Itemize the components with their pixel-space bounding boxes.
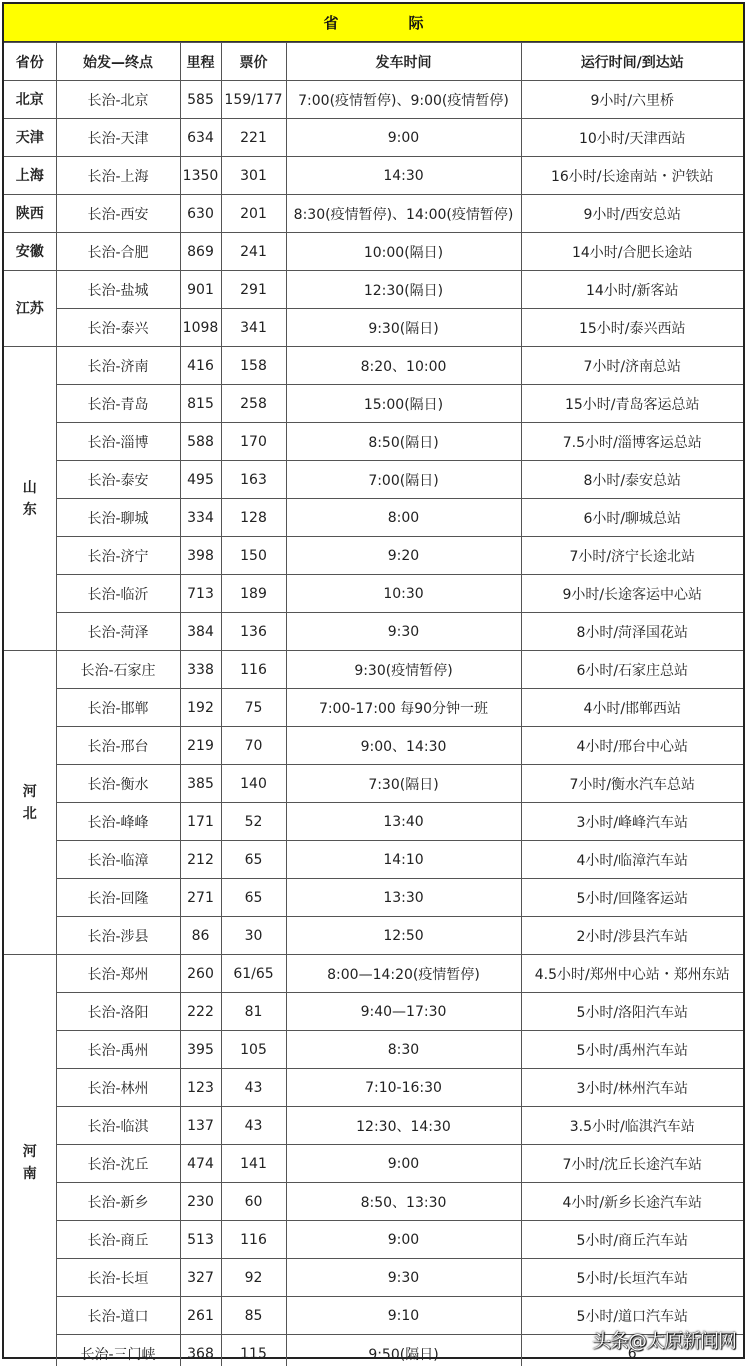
route-cell: 长治-青岛 [56,385,180,423]
table-row: 长治-淄博5881708:50(隔日)7.5小时/淄博客运总站 [4,423,743,461]
fare-cell: 75 [221,689,286,727]
duration-station-cell: 5小时/回隆客运站 [521,879,743,917]
distance-cell: 901 [180,271,221,309]
route-cell: 长治-临漳 [56,841,180,879]
header-duration-station: 运行时间/到达站 [521,43,743,81]
header-row: 省份 始发—终点 里程 票价 发车时间 运行时间/到达站 [4,43,743,81]
fare-cell: 291 [221,271,286,309]
fare-cell: 159/177 [221,81,286,119]
route-cell: 长治-合肥 [56,233,180,271]
header-route: 始发—终点 [56,43,180,81]
departure-cell: 8:50(隔日) [286,423,521,461]
fare-cell: 158 [221,347,286,385]
duration-station-cell: 5小时/洛阳汽车站 [521,993,743,1031]
route-cell: 长治-道口 [56,1297,180,1335]
distance-cell: 212 [180,841,221,879]
distance-cell: 495 [180,461,221,499]
duration-station-cell: 6小时/聊城总站 [521,499,743,537]
route-cell: 长治-济南 [56,347,180,385]
table-row: 长治-聊城3341288:006小时/聊城总站 [4,499,743,537]
distance-cell: 513 [180,1221,221,1259]
fare-cell: 61/65 [221,955,286,993]
table-row: 天津长治-天津6342219:0010小时/天津西站 [4,119,743,157]
title-right: 际 [409,12,424,33]
fare-cell: 65 [221,841,286,879]
distance-cell: 1098 [180,309,221,347]
fare-cell: 116 [221,1221,286,1259]
duration-station-cell: 4.5小时/郑州中心站・郑州东站 [521,955,743,993]
departure-cell: 9:00 [286,1221,521,1259]
fare-cell: 341 [221,309,286,347]
table-row: 长治-衡水3851407:30(隔日)7小时/衡水汽车总站 [4,765,743,803]
route-cell: 长治-洛阳 [56,993,180,1031]
route-cell: 长治-邯郸 [56,689,180,727]
duration-station-cell: 7小时/衡水汽车总站 [521,765,743,803]
distance-cell: 416 [180,347,221,385]
table-row: 长治-商丘5131169:005小时/商丘汽车站 [4,1221,743,1259]
departure-cell: 10:00(隔日) [286,233,521,271]
departure-cell: 9:30(隔日) [286,309,521,347]
route-cell: 长治-三门峡 [56,1335,180,1366]
duration-station-cell: 9小时/西安总站 [521,195,743,233]
departure-cell: 14:10 [286,841,521,879]
departure-cell: 8:00 [286,499,521,537]
table-row: 河南长治-郑州26061/658:00—14:20(疫情暂停)4.5小时/郑州中… [4,955,743,993]
duration-station-cell: 4小时/临漳汽车站 [521,841,743,879]
route-cell: 长治-泰兴 [56,309,180,347]
table-row: 长治-涉县863012:502小时/涉县汽车站 [4,917,743,955]
departure-cell: 13:40 [286,803,521,841]
duration-station-cell: 3小时/峰峰汽车站 [521,803,743,841]
departure-cell: 7:00-17:00 每90分钟一班 [286,689,521,727]
departure-cell: 9:30 [286,613,521,651]
departure-cell: 14:30 [286,157,521,195]
route-cell: 长治-新乡 [56,1183,180,1221]
duration-station-cell: 3.5小时/临淇汽车站 [521,1107,743,1145]
duration-station-cell: 6小时/石家庄总站 [521,651,743,689]
distance-cell: 385 [180,765,221,803]
province-cell: 北京 [4,81,56,119]
fare-cell: 301 [221,157,286,195]
departure-cell: 9:40—17:30 [286,993,521,1031]
fare-cell: 43 [221,1107,286,1145]
header-departure: 发车时间 [286,43,521,81]
distance-cell: 86 [180,917,221,955]
province-cell: 陕西 [4,195,56,233]
departure-cell: 7:10-16:30 [286,1069,521,1107]
route-cell: 长治-天津 [56,119,180,157]
route-cell: 长治-商丘 [56,1221,180,1259]
duration-station-cell: 2小时/涉县汽车站 [521,917,743,955]
province-cell: 河南 [4,955,56,1366]
route-cell: 长治-淄博 [56,423,180,461]
table-row: 长治-邯郸192757:00-17:00 每90分钟一班4小时/邯郸西站 [4,689,743,727]
duration-station-cell: 9小时/六里桥 [521,81,743,119]
route-cell: 长治-临沂 [56,575,180,613]
route-cell: 长治-涉县 [56,917,180,955]
duration-station-cell: 7小时/济南总站 [521,347,743,385]
distance-cell: 634 [180,119,221,157]
distance-cell: 384 [180,613,221,651]
fare-cell: 81 [221,993,286,1031]
table-row: 长治-泰兴10983419:30(隔日)15小时/泰兴西站 [4,309,743,347]
province-cell: 河北 [4,651,56,955]
table-row: 长治-回隆2716513:305小时/回隆客运站 [4,879,743,917]
distance-cell: 230 [180,1183,221,1221]
table-row: 陕西长治-西安6302018:30(疫情暂停)、14:00(疫情暂停)9小时/西… [4,195,743,233]
distance-cell: 368 [180,1335,221,1366]
table-row: 长治-沈丘4741419:007小时/沈丘长途汽车站 [4,1145,743,1183]
fare-cell: 136 [221,613,286,651]
distance-cell: 815 [180,385,221,423]
duration-station-cell: 7小时/济宁长途北站 [521,537,743,575]
fare-cell: 221 [221,119,286,157]
route-cell: 长治-衡水 [56,765,180,803]
fare-cell: 163 [221,461,286,499]
route-cell: 长治-聊城 [56,499,180,537]
fare-cell: 85 [221,1297,286,1335]
fare-cell: 170 [221,423,286,461]
duration-station-cell: 8小时/泰安总站 [521,461,743,499]
distance-cell: 222 [180,993,221,1031]
duration-station-cell: 14小时/合肥长途站 [521,233,743,271]
distance-cell: 219 [180,727,221,765]
fare-cell: 52 [221,803,286,841]
departure-cell: 7:00(隔日) [286,461,521,499]
header-distance: 里程 [180,43,221,81]
duration-station-cell: 7小时/沈丘长途汽车站 [521,1145,743,1183]
distance-cell: 1350 [180,157,221,195]
table-row: 山东长治-济南4161588:20、10:007小时/济南总站 [4,347,743,385]
distance-cell: 137 [180,1107,221,1145]
distance-cell: 398 [180,537,221,575]
departure-cell: 10:30 [286,575,521,613]
duration-station-cell: 4小时/新乡长途汽车站 [521,1183,743,1221]
table-row: 长治-峰峰1715213:403小时/峰峰汽车站 [4,803,743,841]
duration-station-cell: 3小时/林州汽车站 [521,1069,743,1107]
table-row: 北京长治-北京585159/1777:00(疫情暂停)、9:00(疫情暂停)9小… [4,81,743,119]
distance-cell: 869 [180,233,221,271]
departure-cell: 9:30 [286,1259,521,1297]
duration-station-cell: 5小时/商丘汽车站 [521,1221,743,1259]
route-cell: 长治-盐城 [56,271,180,309]
table-row: 长治-菏泽3841369:308小时/菏泽国花站 [4,613,743,651]
departure-cell: 8:20、10:00 [286,347,521,385]
table-row: 安徽长治-合肥86924110:00(隔日)14小时/合肥长途站 [4,233,743,271]
route-cell: 长治-沈丘 [56,1145,180,1183]
route-cell: 长治-临淇 [56,1107,180,1145]
departure-cell: 8:30(疫情暂停)、14:00(疫情暂停) [286,195,521,233]
departure-cell: 9:50(隔日) [286,1335,521,1366]
departure-cell: 9:00 [286,1145,521,1183]
fare-cell: 92 [221,1259,286,1297]
fare-cell: 141 [221,1145,286,1183]
distance-cell: 585 [180,81,221,119]
distance-cell: 260 [180,955,221,993]
distance-cell: 395 [180,1031,221,1069]
fare-cell: 30 [221,917,286,955]
route-cell: 长治-西安 [56,195,180,233]
table-body: 北京长治-北京585159/1777:00(疫情暂停)、9:00(疫情暂停)9小… [4,81,743,1366]
table-row: 长治-泰安4951637:00(隔日)8小时/泰安总站 [4,461,743,499]
table-row: 长治-林州123437:10-16:303小时/林州汽车站 [4,1069,743,1107]
duration-station-cell: 4小时/邯郸西站 [521,689,743,727]
fare-cell: 241 [221,233,286,271]
departure-cell: 9:20 [286,537,521,575]
route-cell: 长治-郑州 [56,955,180,993]
duration-station-cell: 10小时/天津西站 [521,119,743,157]
table-row: 长治-临淇1374312:30、14:303.5小时/临淇汽车站 [4,1107,743,1145]
table-row: 长治-青岛81525815:00(隔日)15小时/青岛客运总站 [4,385,743,423]
distance-cell: 338 [180,651,221,689]
departure-cell: 15:00(隔日) [286,385,521,423]
schedule-frame: 省 际 省份 始发—终点 里程 票价 发车时间 运行时间/到达站 北京长治-北京… [2,2,745,1359]
title-left: 省 [323,12,338,33]
fare-cell: 258 [221,385,286,423]
departure-cell: 8:30 [286,1031,521,1069]
duration-station-cell: 16小时/长途南站・沪铁站 [521,157,743,195]
distance-cell: 192 [180,689,221,727]
departure-cell: 8:50、13:30 [286,1183,521,1221]
duration-station-cell: 15小时/泰兴西站 [521,309,743,347]
distance-cell: 588 [180,423,221,461]
duration-station-cell: 4小时/邢台中心站 [521,727,743,765]
duration-station-cell: 9小时/长途客运中心站 [521,575,743,613]
departure-cell: 7:30(隔日) [286,765,521,803]
table-title: 省 际 [4,4,743,42]
table-row: 长治-济宁3981509:207小时/济宁长途北站 [4,537,743,575]
province-cell: 上海 [4,157,56,195]
fare-cell: 201 [221,195,286,233]
fare-cell: 115 [221,1335,286,1366]
duration-station-cell: 8小时/菏泽国花站 [521,613,743,651]
fare-cell: 189 [221,575,286,613]
distance-cell: 271 [180,879,221,917]
duration-station-cell: 5小时/长垣汽车站 [521,1259,743,1297]
departure-cell: 9:30(疫情暂停) [286,651,521,689]
route-cell: 长治-北京 [56,81,180,119]
fare-cell: 65 [221,879,286,917]
distance-cell: 327 [180,1259,221,1297]
table-row: 长治-临沂71318910:309小时/长途客运中心站 [4,575,743,613]
departure-cell: 9:00 [286,119,521,157]
departure-cell: 12:30(隔日) [286,271,521,309]
table-row: 长治-邢台219709:00、14:304小时/邢台中心站 [4,727,743,765]
distance-cell: 334 [180,499,221,537]
table-row: 河北长治-石家庄3381169:30(疫情暂停)6小时/石家庄总站 [4,651,743,689]
fare-cell: 150 [221,537,286,575]
fare-cell: 128 [221,499,286,537]
bus-schedule-table: 省份 始发—终点 里程 票价 发车时间 运行时间/到达站 北京长治-北京5851… [4,42,743,1366]
route-cell: 长治-禹州 [56,1031,180,1069]
fare-cell: 43 [221,1069,286,1107]
fare-cell: 105 [221,1031,286,1069]
table-row: 长治-洛阳222819:40—17:305小时/洛阳汽车站 [4,993,743,1031]
fare-cell: 140 [221,765,286,803]
route-cell: 长治-泰安 [56,461,180,499]
departure-cell: 12:50 [286,917,521,955]
route-cell: 长治-石家庄 [56,651,180,689]
departure-cell: 9:00、14:30 [286,727,521,765]
table-row: 长治-长垣327929:305小时/长垣汽车站 [4,1259,743,1297]
header-fare: 票价 [221,43,286,81]
distance-cell: 123 [180,1069,221,1107]
distance-cell: 630 [180,195,221,233]
fare-cell: 60 [221,1183,286,1221]
departure-cell: 8:00—14:20(疫情暂停) [286,955,521,993]
departure-cell: 9:10 [286,1297,521,1335]
route-cell: 长治-林州 [56,1069,180,1107]
departure-cell: 13:30 [286,879,521,917]
departure-cell: 12:30、14:30 [286,1107,521,1145]
distance-cell: 713 [180,575,221,613]
route-cell: 长治-峰峰 [56,803,180,841]
table-row: 长治-禹州3951058:305小时/禹州汽车站 [4,1031,743,1069]
fare-cell: 70 [221,727,286,765]
province-cell: 安徽 [4,233,56,271]
duration-station-cell: 7.5小时/淄博客运总站 [521,423,743,461]
duration-station-cell: 15小时/青岛客运总站 [521,385,743,423]
route-cell: 长治-长垣 [56,1259,180,1297]
watermark: 头条@太原新闻网 [592,1326,736,1353]
header-province: 省份 [4,43,56,81]
table-row: 长治-临漳2126514:104小时/临漳汽车站 [4,841,743,879]
duration-station-cell: 14小时/新客站 [521,271,743,309]
distance-cell: 474 [180,1145,221,1183]
route-cell: 长治-邢台 [56,727,180,765]
table-row: 上海长治-上海135030114:3016小时/长途南站・沪铁站 [4,157,743,195]
province-cell: 天津 [4,119,56,157]
province-cell: 山东 [4,347,56,651]
route-cell: 长治-菏泽 [56,613,180,651]
route-cell: 长治-济宁 [56,537,180,575]
route-cell: 长治-回隆 [56,879,180,917]
province-cell: 江苏 [4,271,56,347]
distance-cell: 171 [180,803,221,841]
duration-station-cell: 5小时/禹州汽车站 [521,1031,743,1069]
route-cell: 长治-上海 [56,157,180,195]
departure-cell: 7:00(疫情暂停)、9:00(疫情暂停) [286,81,521,119]
distance-cell: 261 [180,1297,221,1335]
fare-cell: 116 [221,651,286,689]
table-row: 江苏长治-盐城90129112:30(隔日)14小时/新客站 [4,271,743,309]
table-row: 长治-新乡230608:50、13:304小时/新乡长途汽车站 [4,1183,743,1221]
